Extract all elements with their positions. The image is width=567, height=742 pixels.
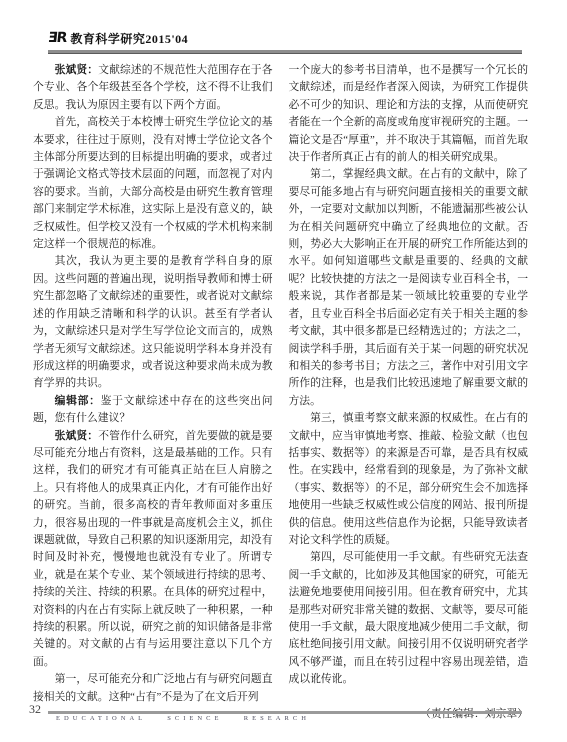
- speaker-name: 编辑部：: [55, 395, 101, 407]
- paragraph: 首先，高校关于本校博士研究生学位论文的基本要求，往往过于原则，没有对博士学位论文…: [33, 114, 273, 253]
- paragraph: 一个庞大的参考书目清单，也不是撰写一个冗长的文献综述，而是经作者深入阅读，为研究…: [289, 62, 529, 166]
- paragraph: 其次，我认为更主要的是教育学科自身的原因。这些问题的普遍出现，说明指导教师和博士…: [33, 253, 273, 392]
- paragraph: 第四，尽可能使用一手文献。有些研究无法查阅一手文献的，比如涉及其他国家的研究，可…: [289, 549, 529, 688]
- right-column: 一个庞大的参考书目清单，也不是撰写一个冗长的文献综述，而是经作者深入阅读，为研究…: [289, 62, 529, 723]
- journal-title: 教育科学研究2015'04: [70, 30, 188, 47]
- page-number: 32: [29, 702, 41, 717]
- paragraph: 编辑部：鉴于文献综述中存在的这些突出问题，您有什么建议？: [33, 393, 273, 428]
- masthead: ƎR 教育科学研究2015'04: [48, 30, 522, 46]
- page-footer: 32 EDUCATIONAL SCIENCE RESEARCH: [0, 702, 567, 728]
- header-rule: [48, 50, 522, 54]
- left-column: 张斌贤：文献综述的不规范性大范围存在于各个专业、各个年级甚至各个学校，这不得不让…: [33, 62, 273, 723]
- paragraph: 张斌贤：不管作什么研究，首先要做的就是要尽可能充分地占有资料，这是最基础的工作。…: [33, 428, 273, 672]
- footer-rule: [48, 711, 522, 714]
- journal-page: ƎR 教育科学研究2015'04 张斌贤：文献综述的不规范性大范围存在于各个专业…: [0, 0, 567, 742]
- journal-header: ƎR 教育科学研究2015'04: [48, 30, 522, 54]
- paragraph: 张斌贤：文献综述的不规范性大范围存在于各个专业、各个年级甚至各个学校，这不得不让…: [33, 62, 273, 114]
- speaker-name: 张斌贤：: [55, 430, 99, 442]
- paragraph: 第一，尽可能充分和广泛地占有与研究问题直接相关的文献。这种“占有”不是为了在文后…: [33, 671, 273, 706]
- journal-logo-icon: ƎR: [47, 31, 67, 45]
- paragraph: 第三，慎重考察文献来源的权威性。在占有的文献中，应当审慎地考察、推敲、检验文献（…: [289, 410, 529, 549]
- speaker-name: 张斌贤：: [55, 64, 99, 76]
- footer-caption: EDUCATIONAL SCIENCE RESEARCH: [56, 715, 522, 722]
- paragraph: 第二，掌握经典文献。在占有的文献中，除了要尽可能多地占有与研究问题直接相关的重要…: [289, 166, 529, 410]
- article-body: 张斌贤：文献综述的不规范性大范围存在于各个专业、各个年级甚至各个学校，这不得不让…: [33, 62, 528, 723]
